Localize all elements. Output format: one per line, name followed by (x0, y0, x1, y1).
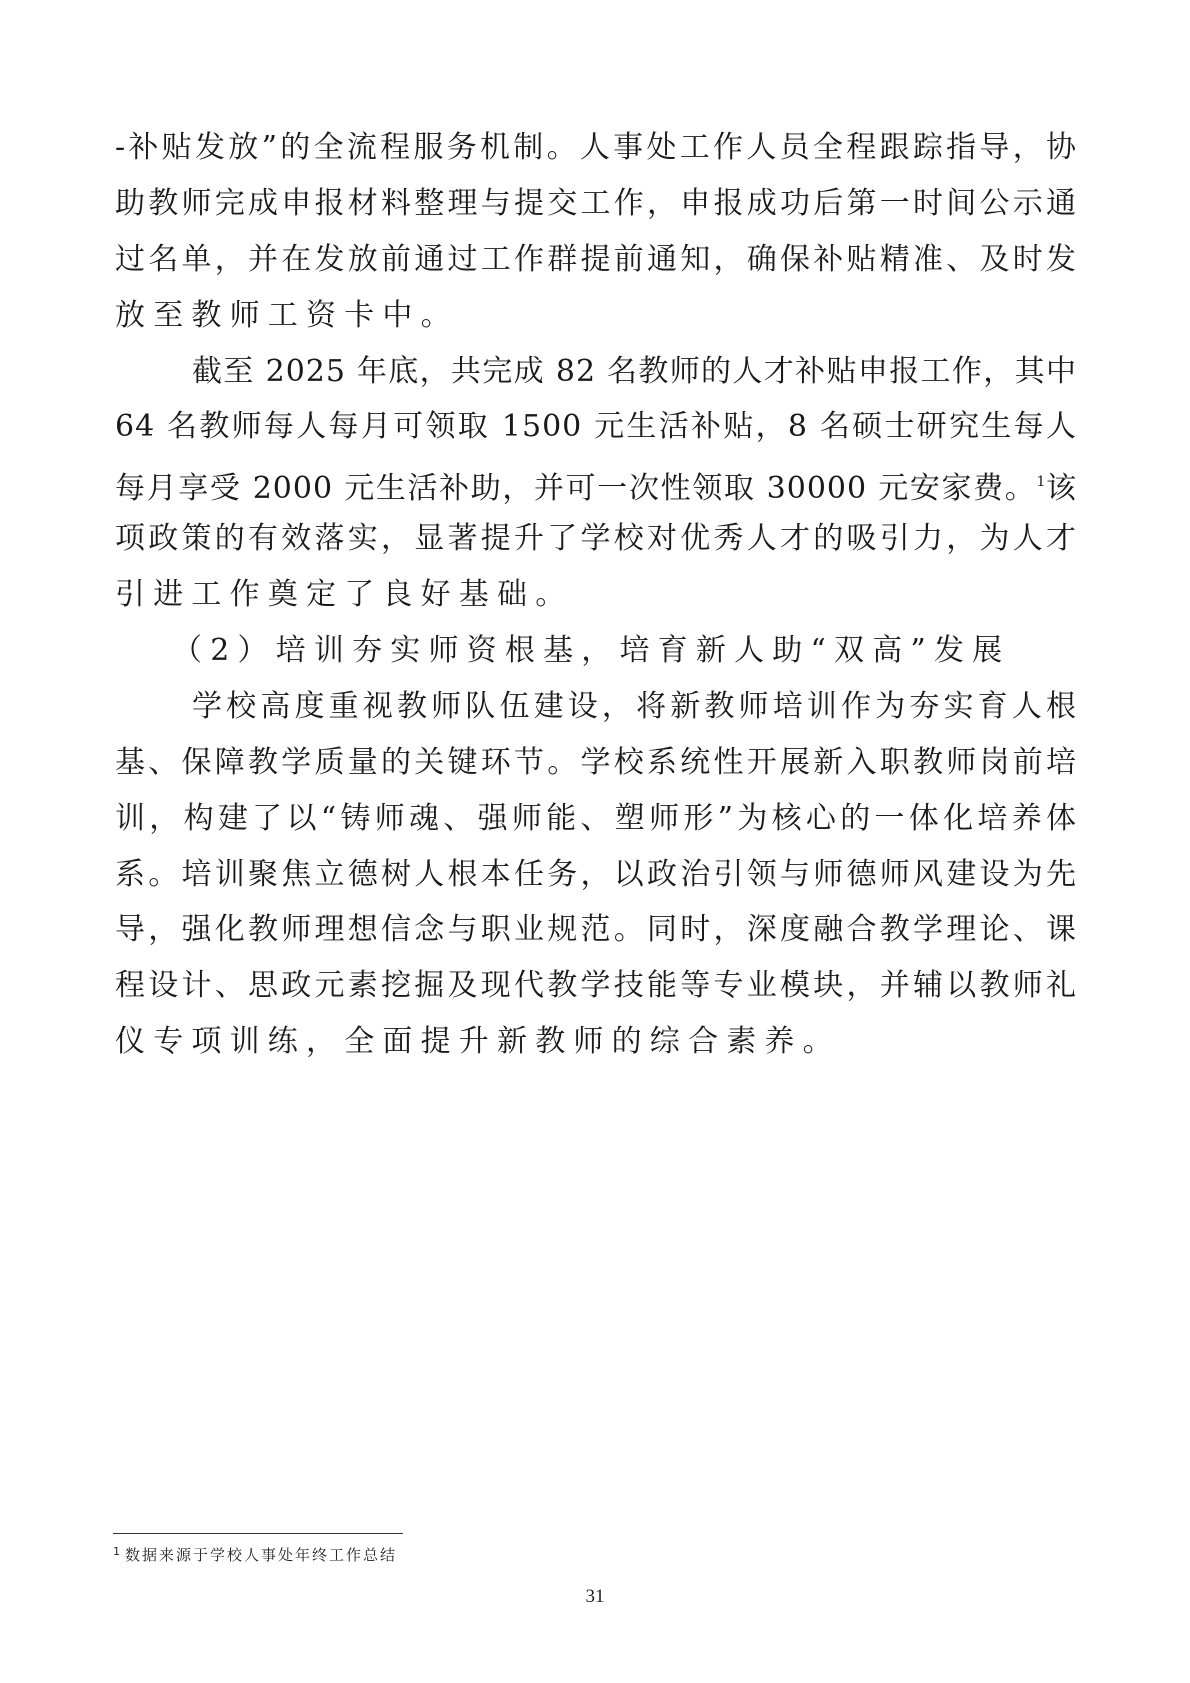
text-line: 助教师完成申报材料整理与提交工作，申报成功后第一时间公示通 (115, 176, 1077, 232)
text-line: -补贴发放”的全流程服务机制。人事处工作人员全程跟踪指导，协 (115, 120, 1077, 176)
text-segment: 每月享受 2000 元生活补助，并可一次性领取 30000 元安家费。 (115, 471, 1036, 506)
text-line: 放至教师工资卡中。 (115, 288, 1077, 344)
text-line: 训，构建了以“铸师魂、强师能、塑师形”为核心的一体化培养体 (115, 791, 1077, 847)
text-line: 基、保障教学质量的关键环节。学校系统性开展新入职教师岗前培 (115, 735, 1077, 791)
footnote: 1数据来源于学校人事处年终工作总结 (113, 1544, 397, 1565)
document-page: -补贴发放”的全流程服务机制。人事处工作人员全程跟踪指导，协 助教师完成申报材料… (0, 0, 1190, 1683)
text-line-with-footnote: 每月享受 2000 元生活补助，并可一次性领取 30000 元安家费。1该 (115, 455, 1077, 511)
page-number: 31 (0, 1586, 1190, 1608)
footnote-separator (113, 1533, 403, 1534)
text-line: 导，强化教师理想信念与职业规范。同时，深度融合教学理论、课 (115, 902, 1077, 958)
text-line: 系。培训聚焦立德树人根本任务，以政治引领与师德师风建设为先 (115, 847, 1077, 903)
text-line: 过名单，并在发放前通过工作群提前通知，确保补贴精准、及时发 (115, 232, 1077, 288)
footnote-text: 数据来源于学校人事处年终工作总结 (125, 1546, 397, 1564)
footnote-marker: 1 (113, 1545, 120, 1558)
body-text: -补贴发放”的全流程服务机制。人事处工作人员全程跟踪指导，协 助教师完成申报材料… (115, 120, 1077, 1070)
text-line: 学校高度重视教师队伍建设，将新教师培训作为夯实育人根 (115, 679, 1077, 735)
text-line: 仪专项训练，全面提升新教师的综合素养。 (115, 1014, 1077, 1070)
text-line: 程设计、思政元素挖掘及现代教学技能等专业模块，并辅以教师礼 (115, 958, 1077, 1014)
text-line: 项政策的有效落实，显著提升了学校对优秀人才的吸引力，为人才 (115, 511, 1077, 567)
section-heading: （2）培训夯实师资根基，培育新人助“双高”发展 (115, 623, 1077, 679)
text-segment: 该 (1045, 471, 1077, 506)
text-line: 截至 2025 年底，共完成 82 名教师的人才补贴申报工作，其中 (115, 344, 1077, 400)
text-line: 64 名教师每人每月可领取 1500 元生活补贴，8 名硕士研究生每人 (115, 399, 1077, 455)
text-line: 引进工作奠定了良好基础。 (115, 567, 1077, 623)
